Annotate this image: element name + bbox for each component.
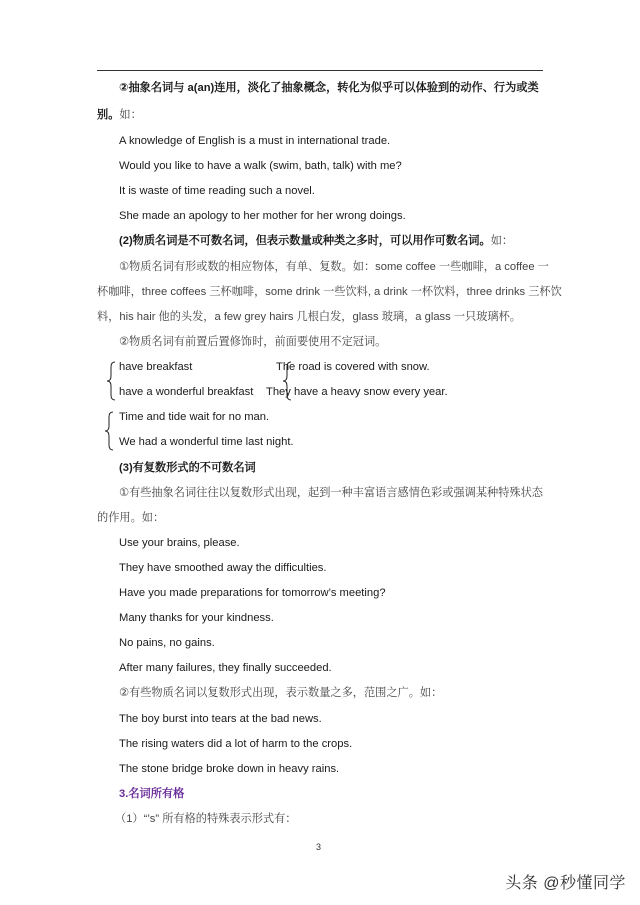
section-heading-possessive: 3.名词所有格 xyxy=(119,786,184,802)
paragraph-line: ②物质名词有前置后置修饰时，前面要使用不定冠词。 xyxy=(119,334,386,350)
heading-text: (2)物质名词是不可数名词，但表示数量或种类之多时，可以用作可数名词。 xyxy=(119,235,491,247)
example-phrase: have breakfast xyxy=(119,359,192,375)
brace-icon xyxy=(104,411,114,451)
paragraph-line: ①有些抽象名词往往以复数形式出现，起到一种丰富语言感情色彩或强调某种特殊状态 xyxy=(119,485,543,501)
paragraph-line: ②有些物质名词以复数形式出现，表示数量之多，范围之广。如： xyxy=(119,685,442,701)
example-sentence: Use your brains, please. xyxy=(119,535,240,551)
example-sentence: After many failures, they finally succee… xyxy=(119,660,332,676)
heading-text: 别。 xyxy=(97,109,119,121)
section-heading-abstract-a-cont: 别。如： xyxy=(97,107,142,123)
watermark: 头条 @秒懂同学 xyxy=(505,870,626,893)
paragraph-line: ①物质名词有形或数的相应物体，有单、复数。如：some coffee 一些咖啡，… xyxy=(119,259,549,275)
example-sentence: It is waste of time reading such a novel… xyxy=(119,183,315,199)
example-sentence: No pains, no gains. xyxy=(119,635,215,651)
header-rule xyxy=(97,70,543,71)
example-phrase: have a wonderful breakfast xyxy=(119,384,253,400)
paragraph-line: 料，his hair 他的头发，a few grey hairs 几根白发，gl… xyxy=(97,309,521,325)
heading-tail: 如： xyxy=(119,109,141,121)
example-sentence: We had a wonderful time last night. xyxy=(119,434,294,450)
heading-tail: 如： xyxy=(491,235,513,247)
example-sentence: They have smoothed away the difficulties… xyxy=(119,560,327,576)
example-sentence: The rising waters did a lot of harm to t… xyxy=(119,736,352,752)
paragraph-line: 的作用。如： xyxy=(97,510,164,526)
section-heading-material: (2)物质名词是不可数名词，但表示数量或种类之多时，可以用作可数名词。如： xyxy=(119,233,513,249)
example-sentence: Would you like to have a walk (swim, bat… xyxy=(119,158,402,174)
example-sentence: The boy burst into tears at the bad news… xyxy=(119,711,322,727)
brace-icon xyxy=(106,361,116,401)
section-heading-abstract-a: ②抽象名词与 a(an)连用，淡化了抽象概念，转化为似乎可以体验到的动作、行为或… xyxy=(119,80,539,96)
example-sentence: Time and tide wait for no man. xyxy=(119,409,269,425)
example-sentence: She made an apology to her mother for he… xyxy=(119,208,406,224)
section-heading-plural-uncountable: (3)有复数形式的不可数名词 xyxy=(119,460,256,476)
example-sentence: They have a heavy snow every year. xyxy=(266,384,448,400)
example-sentence: The stone bridge broke down in heavy rai… xyxy=(119,761,339,777)
example-sentence: A knowledge of English is a must in inte… xyxy=(119,133,390,149)
example-sentence: Many thanks for your kindness. xyxy=(119,610,274,626)
paragraph-line: （1）“’s” 所有格的特殊表示形式有： xyxy=(115,811,297,827)
example-sentence: The road is covered with snow. xyxy=(276,359,430,375)
example-sentence: Have you made preparations for tomorrow’… xyxy=(119,585,386,601)
paragraph-line: 杯咖啡，three coffees 三杯咖啡，some drink 一些饮料, … xyxy=(97,284,562,300)
page-number: 3 xyxy=(316,842,321,852)
